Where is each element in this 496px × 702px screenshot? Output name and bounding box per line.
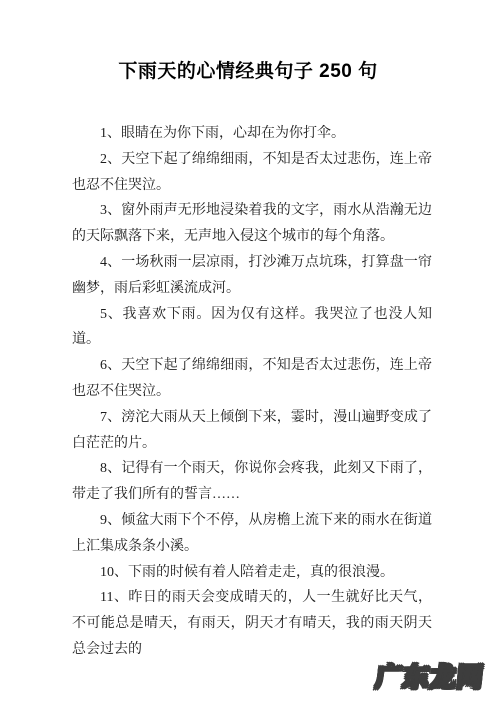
list-item-6: 6、天空下起了绵绵细雨，不知是否太过悲伤，连上帝也忍不住哭泣。 xyxy=(72,353,432,405)
list-item-9: 9、倾盆大雨下个不停，从房檐上流下来的雨水在街道上汇集成条条小溪。 xyxy=(72,508,432,560)
list-item-2: 2、天空下起了绵绵细雨，不知是否太过悲伤，连上帝也忍不住哭泣。 xyxy=(72,147,432,199)
list-item-1: 1、眼睛在为你下雨，心却在为你打伞。 xyxy=(72,121,432,147)
document-body: 1、眼睛在为你下雨，心却在为你打伞。 2、天空下起了绵绵细雨，不知是否太过悲伤，… xyxy=(72,121,432,663)
list-item-5: 5、我喜欢下雨。因为仅有这样。我哭泣了也没人知道。 xyxy=(72,302,432,354)
list-item-4: 4、一场秋雨一层凉雨，打沙滩万点坑珠，打算盘一帘幽梦，雨后彩虹溪流成河。 xyxy=(72,250,432,302)
list-item-11: 11、昨日的雨天会变成晴天的，人一生就好比天气，不可能总是晴天，有雨天，阴天才有… xyxy=(72,585,432,662)
list-item-10: 10、下雨的时候有着人陪着走走，真的很浪漫。 xyxy=(72,560,432,586)
list-item-7: 7、滂沱大雨从天上倾倒下来，霎时，漫山遍野变成了白茫茫的片。 xyxy=(72,405,432,457)
site-watermark: 广东龙网 xyxy=(374,657,486,694)
document-page: 下雨天的心情经典句子 250 句 1、眼睛在为你下雨，心却在为你打伞。 2、天空… xyxy=(0,0,496,702)
list-item-8: 8、记得有一个雨天，你说你会疼我，此刻又下雨了，带走了我们所有的誓言…… xyxy=(72,456,432,508)
document-title: 下雨天的心情经典句子 250 句 xyxy=(0,0,496,85)
list-item-3: 3、窗外雨声无形地浸染着我的文字，雨水从浩瀚无边的天际飘落下来，无声地入侵这个城… xyxy=(72,198,432,250)
